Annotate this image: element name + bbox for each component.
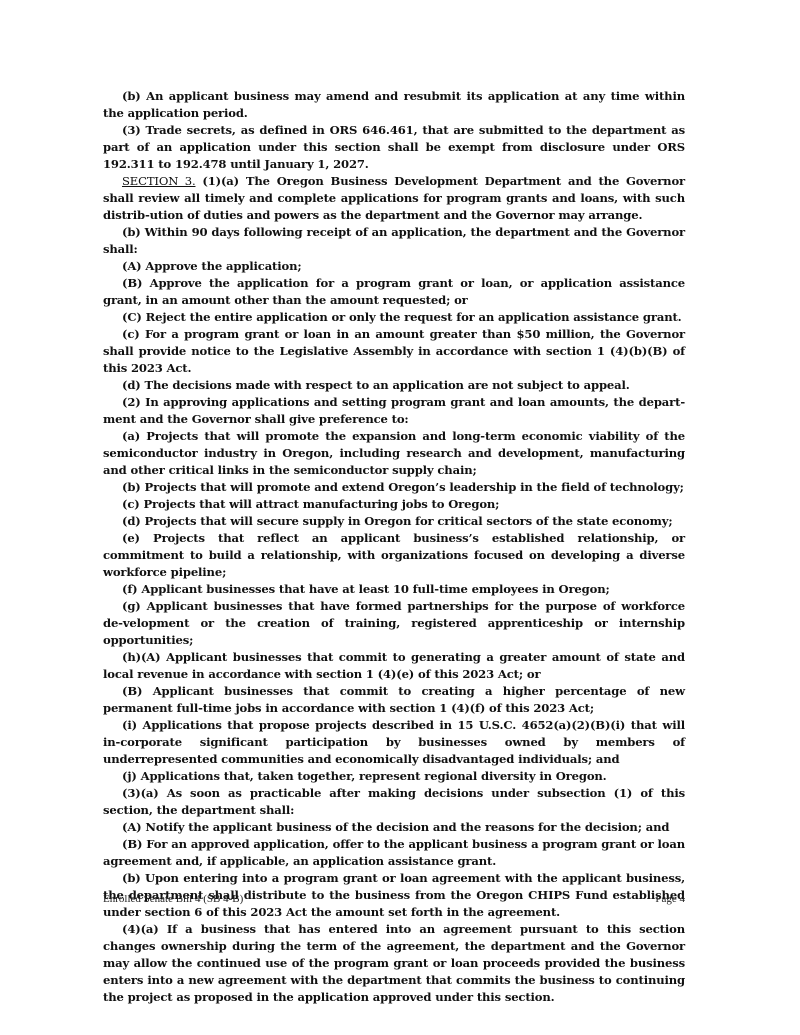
paragraph: (c) Projects that will attract manufactu…: [103, 496, 685, 513]
paragraph: (B) Approve the application for a progra…: [103, 275, 685, 309]
document-body: (b) An applicant business may amend and …: [103, 88, 685, 1006]
paragraph: (b) An applicant business may amend and …: [103, 88, 685, 122]
page-footer: Enrolled Senate Bill 4 (SB 4-B) Page 4: [103, 893, 685, 905]
paragraph: (C) Reject the entire application or onl…: [103, 309, 685, 326]
paragraph: (b) Within 90 days following receipt of …: [103, 224, 685, 258]
paragraph: (b) Projects that will promote and exten…: [103, 479, 685, 496]
paragraph: (B) Applicant businesses that commit to …: [103, 683, 685, 717]
paragraph: (2) In approving applications and settin…: [103, 394, 685, 428]
section-paragraph: SECTION 3. (1)(a) The Oregon Business De…: [103, 173, 685, 224]
paragraph: (c) For a program grant or loan in an am…: [103, 326, 685, 377]
page-number: Page 4: [655, 893, 685, 905]
paragraph: (B) For an approved application, offer t…: [103, 836, 685, 870]
paragraph: (e) Projects that reflect an applicant b…: [103, 530, 685, 581]
paragraph: (3)(a) As soon as practicable after maki…: [103, 785, 685, 819]
paragraph: (g) Applicant businesses that have forme…: [103, 598, 685, 649]
paragraph: (f) Applicant businesses that have at le…: [103, 581, 685, 598]
bill-name: Enrolled Senate Bill 4 (SB 4-B): [103, 893, 243, 905]
paragraph: (a) Projects that will promote the expan…: [103, 428, 685, 479]
paragraph: (A) Approve the application;: [103, 258, 685, 275]
paragraph: (A) Notify the applicant business of the…: [103, 819, 685, 836]
paragraph: (3) Trade secrets, as defined in ORS 646…: [103, 122, 685, 173]
section-heading: SECTION 3.: [122, 174, 195, 188]
paragraph: (d) The decisions made with respect to a…: [103, 377, 685, 394]
paragraph: (d) Projects that will secure supply in …: [103, 513, 685, 530]
paragraph: (i) Applications that propose projects d…: [103, 717, 685, 768]
paragraph: (4)(a) If a business that has entered in…: [103, 921, 685, 1006]
paragraph: (h)(A) Applicant businesses that commit …: [103, 649, 685, 683]
paragraph: (j) Applications that, taken together, r…: [103, 768, 685, 785]
